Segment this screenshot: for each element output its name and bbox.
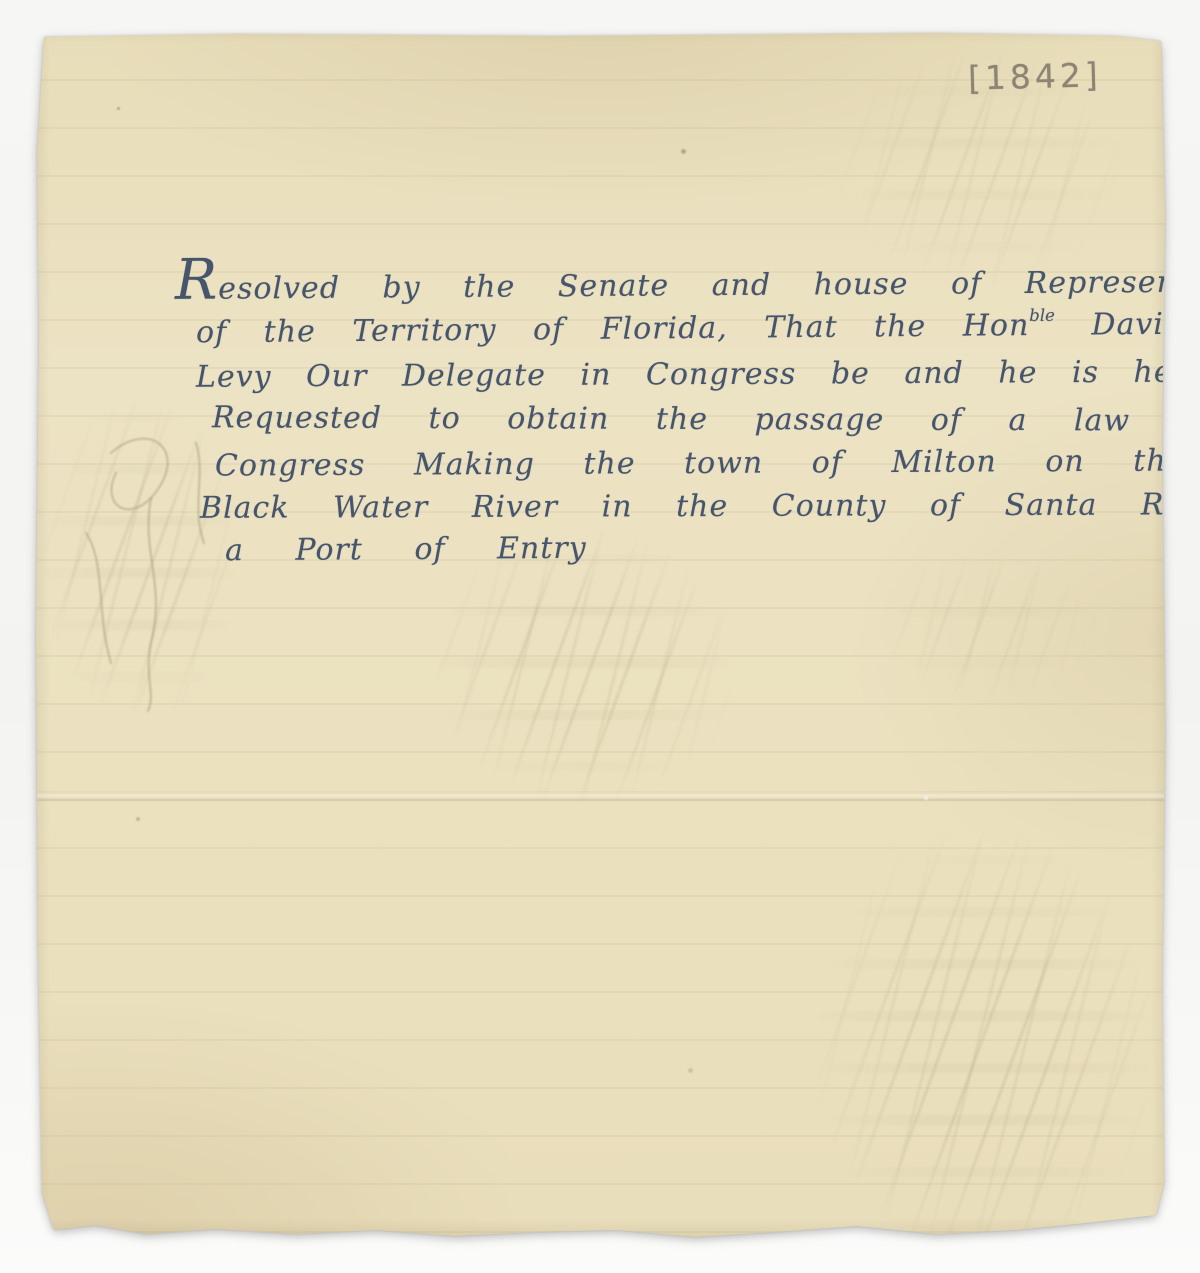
manuscript-line-4: Requested to obtain the passage of a law… (212, 403, 1200, 437)
paper-edge-shading (36, 33, 1165, 1237)
manuscript-line-2-suffix: David (1055, 307, 1185, 343)
manuscript-line-2: of the Territory of Florida, That the Ho… (196, 307, 1184, 349)
paper-flaw-spot (923, 795, 929, 801)
scan-backdrop: [1842] Resolved by the Senate and house … (0, 0, 1200, 1273)
ink-bleed-through-bottom-right (816, 833, 1151, 1263)
manuscript-line-2-prefix: of the Territory of Florida, That the Ho… (196, 308, 1030, 350)
manuscript-line-6: Black Water River in the County of Santa… (200, 490, 1200, 524)
ink-bleed-through-left-margin (44, 401, 239, 716)
year-annotation: [1842] (968, 55, 1103, 97)
manuscript-page: [1842] Resolved by the Senate and house … (36, 33, 1165, 1237)
manuscript-line-1: Resolved by the Senate and house of Repr… (175, 245, 1200, 309)
manuscript-line-5: Congress Making the town of Milton on th… (215, 446, 1186, 481)
manuscript-line-2-superscript: ble (1029, 306, 1055, 325)
foxing-spot (680, 148, 687, 155)
manuscript-line-7: a Port of Entry (225, 534, 587, 567)
foxing-spot (135, 816, 141, 822)
foxing-spot (687, 1067, 694, 1074)
fold-crease (36, 791, 1165, 802)
ink-bleed-through-middle-right (876, 553, 1096, 703)
manuscript-line-3: Levy Our Delegate in Congress be and he … (196, 357, 1200, 392)
foxing-spot (116, 106, 121, 111)
manuscript-page-wrapper: [1842] Resolved by the Senate and house … (36, 33, 1165, 1237)
ink-bleed-through-center (436, 531, 731, 806)
